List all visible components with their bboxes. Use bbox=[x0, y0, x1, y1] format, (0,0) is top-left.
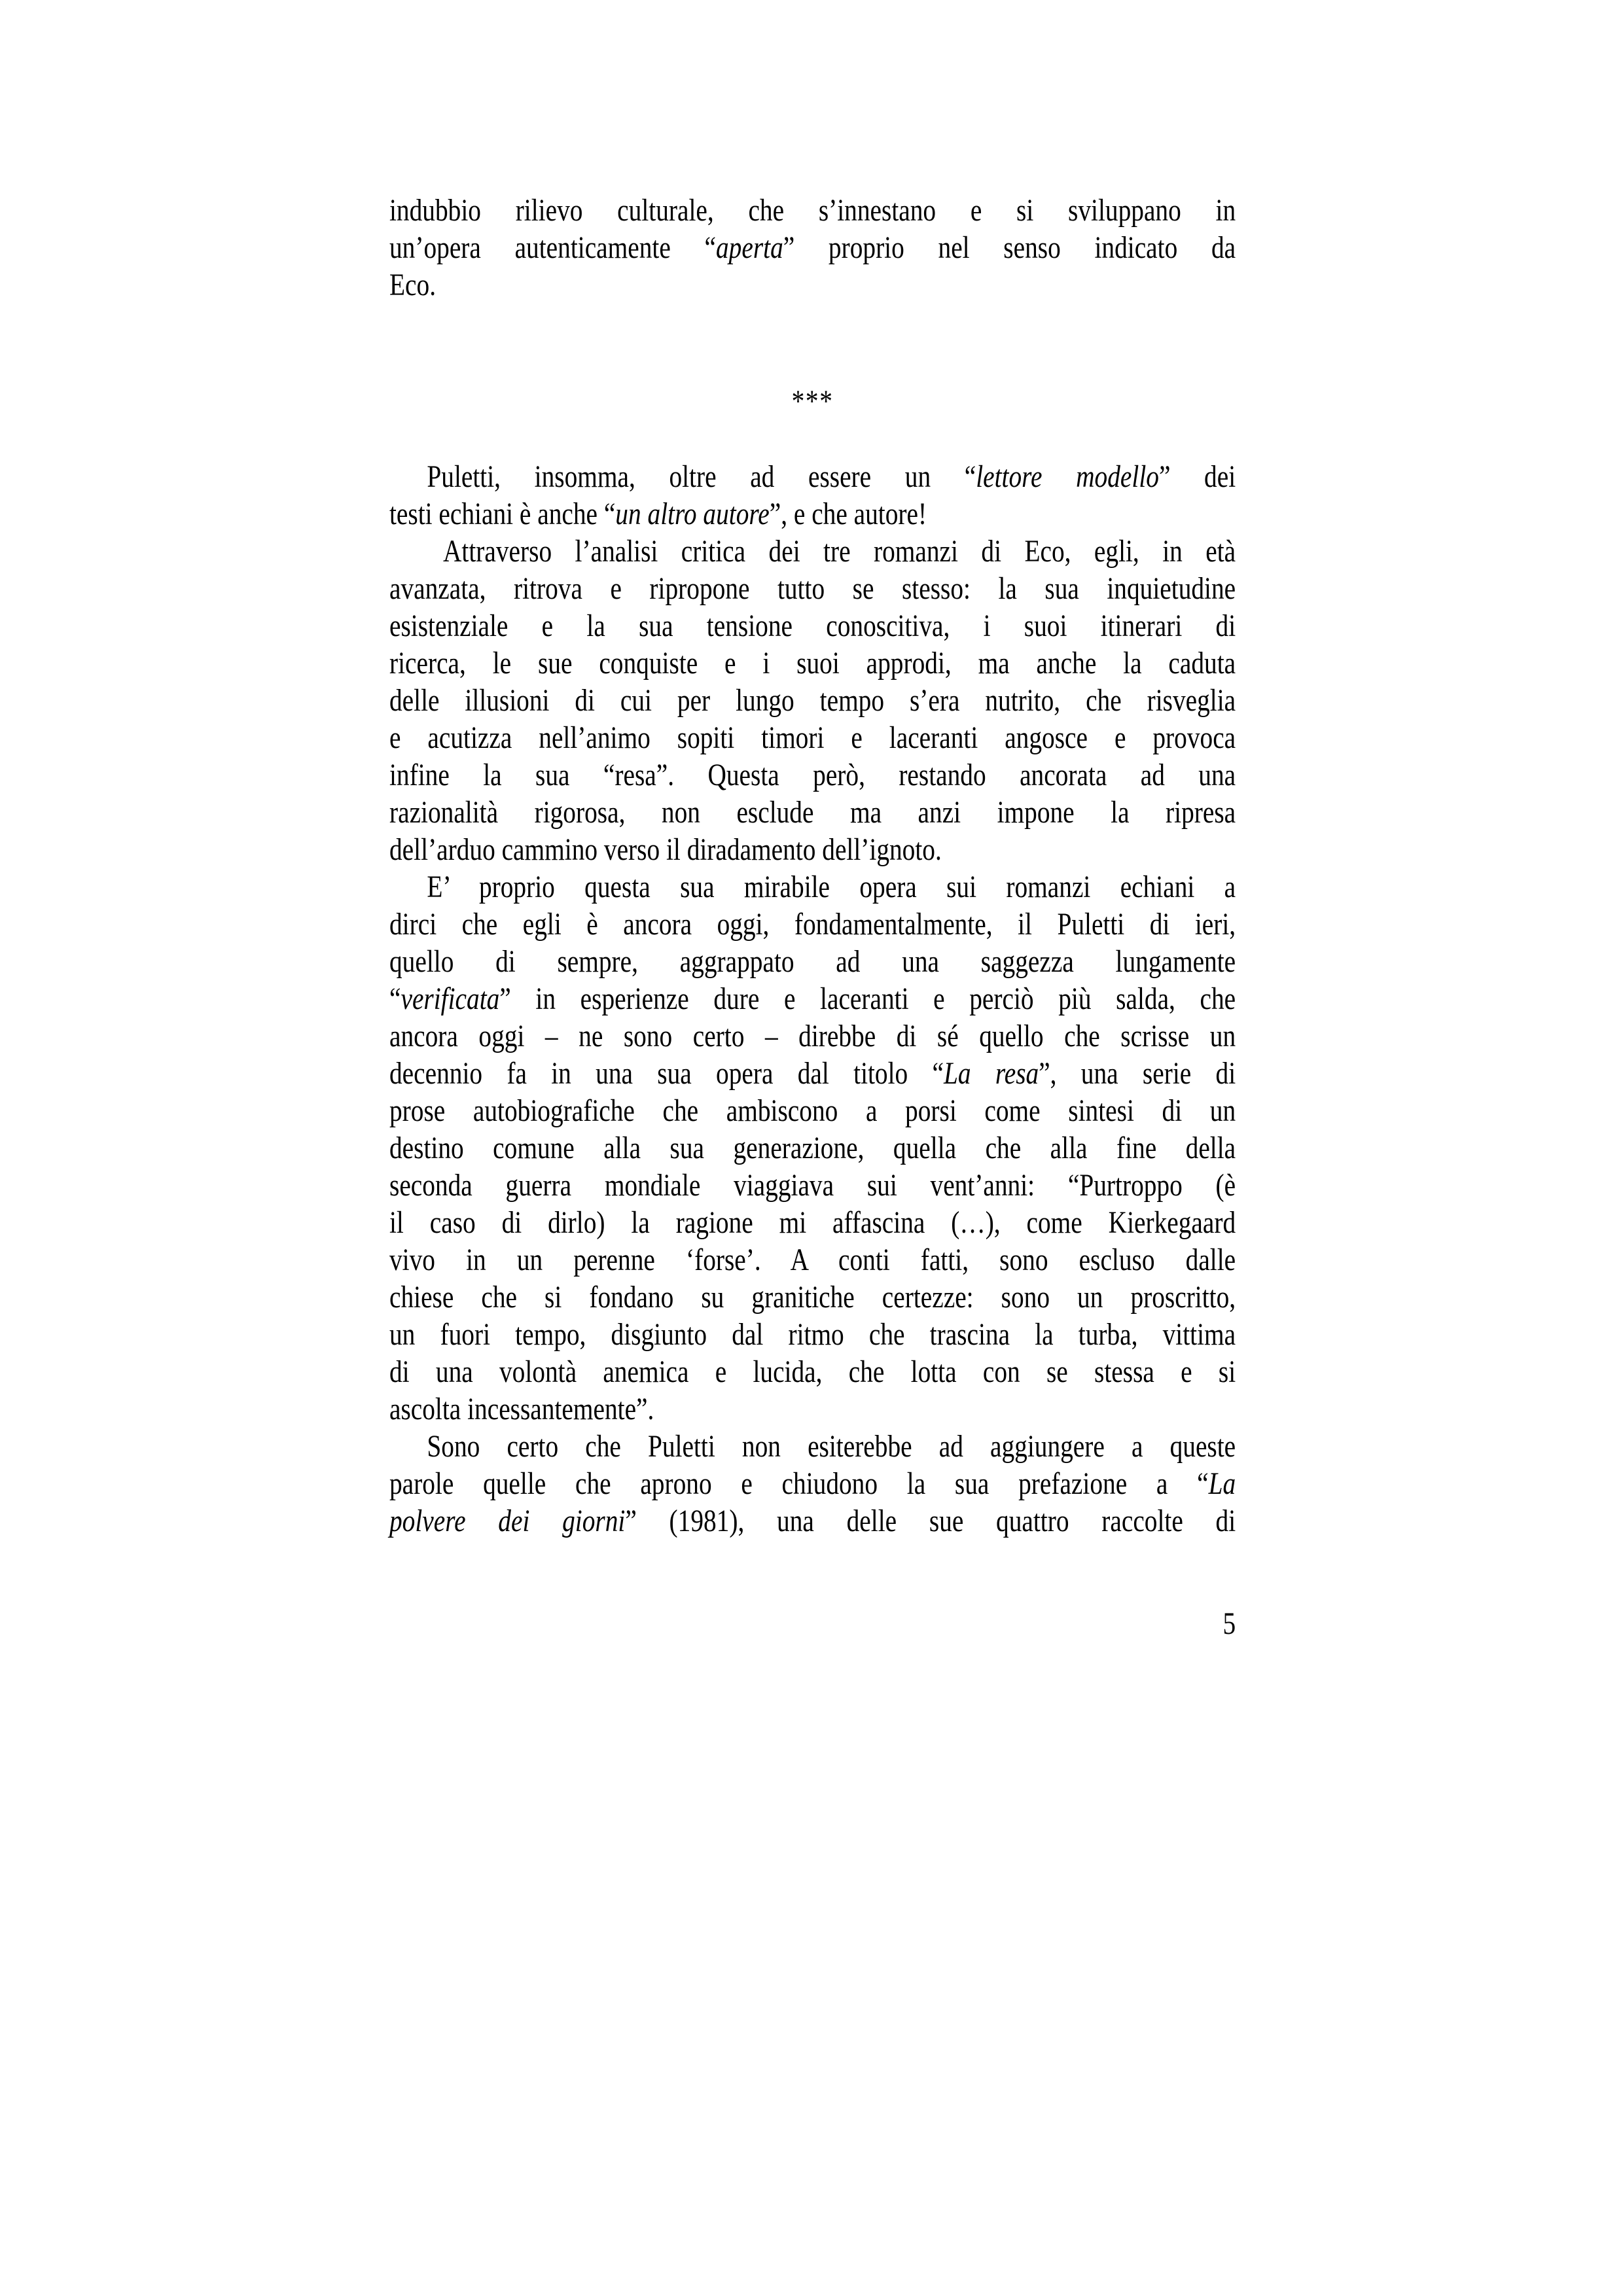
text-segment: un fuori tempo, disgiunto dal ritmo che … bbox=[389, 1317, 1236, 1352]
text-line: chiese che si fondano su granitiche cert… bbox=[389, 1279, 1236, 1316]
text-line: e acutizza nell’animo sopiti timori e la… bbox=[389, 719, 1236, 756]
text-segment: razionalità rigorosa, non esclude ma anz… bbox=[389, 795, 1236, 830]
text-line: esistenziale e la sua tensione conosciti… bbox=[389, 607, 1236, 645]
text-line: vivo in un perenne ‘forse’. A conti fatt… bbox=[389, 1241, 1236, 1279]
text-segment: dirci che egli è ancora oggi, fondamenta… bbox=[389, 907, 1236, 942]
text-line: di una volontà anemica e lucida, che lot… bbox=[389, 1353, 1236, 1390]
text-segment: ”, una serie di bbox=[1039, 1056, 1236, 1091]
page-number: 5 bbox=[389, 1605, 1236, 1642]
italic-text-segment: aperta bbox=[716, 230, 783, 265]
text-segment: E’ proprio questa sua mirabile opera sui… bbox=[427, 870, 1236, 904]
text-line: destino comune alla sua generazione, que… bbox=[389, 1129, 1236, 1167]
text-segment: testi echiani è anche “ bbox=[389, 497, 615, 531]
text-line: infine la sua “resa”. Questa però, resta… bbox=[389, 756, 1236, 794]
text-segment: ricerca, le sue conquiste e i suoi appro… bbox=[389, 646, 1236, 680]
text-segment: ” dei bbox=[1159, 459, 1236, 494]
text-line: quello di sempre, aggrappato ad una sagg… bbox=[389, 943, 1236, 980]
text-segment: Puletti, insomma, oltre ad essere un “ bbox=[427, 459, 976, 494]
text-segment: dell’arduo cammino verso il diradamento … bbox=[389, 832, 942, 867]
text-line: E’ proprio questa sua mirabile opera sui… bbox=[389, 868, 1236, 906]
text-segment: ” (1981), una delle sue quattro raccolte… bbox=[625, 1504, 1236, 1538]
text-segment: avanzata, ritrova e ripropone tutto se s… bbox=[389, 571, 1236, 606]
text-segment: chiese che si fondano su granitiche cert… bbox=[389, 1280, 1236, 1315]
text-line: seconda guerra mondiale viaggiava sui ve… bbox=[389, 1167, 1236, 1204]
italic-text-segment: verificata bbox=[401, 981, 499, 1016]
text-segment: ancora oggi – ne sono certo – direbbe di… bbox=[389, 1019, 1236, 1053]
text-segment: di una volontà anemica e lucida, che lot… bbox=[389, 1354, 1236, 1389]
text-line: dirci che egli è ancora oggi, fondamenta… bbox=[389, 906, 1236, 943]
text-segment: ascolta incessantemente”. bbox=[389, 1392, 654, 1426]
text-line: ricerca, le sue conquiste e i suoi appro… bbox=[389, 645, 1236, 682]
text-column: indubbio rilievo culturale, che s’innest… bbox=[389, 192, 1236, 1642]
text-segment: Sono certo che Puletti non esiterebbe ad… bbox=[427, 1429, 1236, 1464]
document-page: indubbio rilievo culturale, che s’innest… bbox=[0, 0, 1623, 2296]
text-line: decennio fa in una sua opera dal titolo … bbox=[389, 1055, 1236, 1092]
section-separator: *** bbox=[389, 383, 1236, 420]
text-line: parole quelle che aprono e chiudono la s… bbox=[389, 1465, 1236, 1502]
text-segment: ” in esperienze dure e laceranti e perci… bbox=[499, 981, 1236, 1016]
text-line: testi echiani è anche “un altro autore”,… bbox=[389, 495, 1236, 533]
text-line: razionalità rigorosa, non esclude ma anz… bbox=[389, 794, 1236, 831]
text-segment: Eco. bbox=[389, 268, 436, 302]
text-line: prose autobiografiche che ambiscono a po… bbox=[389, 1092, 1236, 1129]
text-segment: infine la sua “resa”. Questa però, resta… bbox=[389, 758, 1236, 792]
text-segment: seconda guerra mondiale viaggiava sui ve… bbox=[389, 1168, 1236, 1203]
text-line: Attraverso l’analisi critica dei tre rom… bbox=[389, 533, 1236, 570]
text-segment: ” proprio nel senso indicato da bbox=[783, 230, 1236, 265]
text-line: ascolta incessantemente”. bbox=[389, 1390, 1236, 1428]
text-line: Puletti, insomma, oltre ad essere un “le… bbox=[389, 458, 1236, 495]
text-line: un’opera autenticamente “aperta” proprio… bbox=[389, 229, 1236, 266]
text-segment: quello di sempre, aggrappato ad una sagg… bbox=[389, 944, 1236, 979]
text-line: Sono certo che Puletti non esiterebbe ad… bbox=[389, 1428, 1236, 1465]
text-line: “verificata” in esperienze dure e lacera… bbox=[389, 980, 1236, 1017]
text-segment: destino comune alla sua generazione, que… bbox=[389, 1131, 1236, 1165]
text-line: delle illusioni di cui per lungo tempo s… bbox=[389, 682, 1236, 719]
text-segment: vivo in un perenne ‘forse’. A conti fatt… bbox=[389, 1243, 1236, 1277]
text-line: ancora oggi – ne sono certo – direbbe di… bbox=[389, 1017, 1236, 1055]
text-segment: il caso di dirlo) la ragione mi affascin… bbox=[389, 1205, 1236, 1240]
text-segment: parole quelle che aprono e chiudono la s… bbox=[389, 1466, 1209, 1501]
italic-text-segment: un altro autore bbox=[615, 497, 769, 531]
italic-text-segment: lettore modello bbox=[976, 459, 1159, 494]
text-segment: ”, e che autore! bbox=[770, 497, 927, 531]
text-segment: *** bbox=[792, 384, 834, 419]
text-segment: indubbio rilievo culturale, che s’innest… bbox=[389, 193, 1236, 228]
text-line: indubbio rilievo culturale, che s’innest… bbox=[389, 192, 1236, 229]
text-line: un fuori tempo, disgiunto dal ritmo che … bbox=[389, 1316, 1236, 1353]
italic-text-segment: La resa bbox=[944, 1056, 1039, 1091]
text-segment: un’opera autenticamente “ bbox=[389, 230, 716, 265]
italic-text-segment: La bbox=[1209, 1466, 1236, 1501]
text-segment: delle illusioni di cui per lungo tempo s… bbox=[389, 683, 1236, 718]
italic-text-segment: polvere dei giorni bbox=[389, 1504, 625, 1538]
text-line: il caso di dirlo) la ragione mi affascin… bbox=[389, 1204, 1236, 1241]
text-segment: Attraverso l’analisi critica dei tre rom… bbox=[443, 534, 1236, 569]
text-segment: “ bbox=[389, 981, 401, 1016]
text-line: dell’arduo cammino verso il diradamento … bbox=[389, 831, 1236, 868]
text-segment: esistenziale e la sua tensione conosciti… bbox=[389, 609, 1236, 643]
text-line: polvere dei giorni” (1981), una delle su… bbox=[389, 1502, 1236, 1540]
text-segment: prose autobiografiche che ambiscono a po… bbox=[389, 1093, 1236, 1128]
text-line: avanzata, ritrova e ripropone tutto se s… bbox=[389, 570, 1236, 607]
text-segment: decennio fa in una sua opera dal titolo … bbox=[389, 1056, 944, 1091]
text-line: Eco. bbox=[389, 266, 1236, 304]
text-segment: e acutizza nell’animo sopiti timori e la… bbox=[389, 720, 1236, 755]
